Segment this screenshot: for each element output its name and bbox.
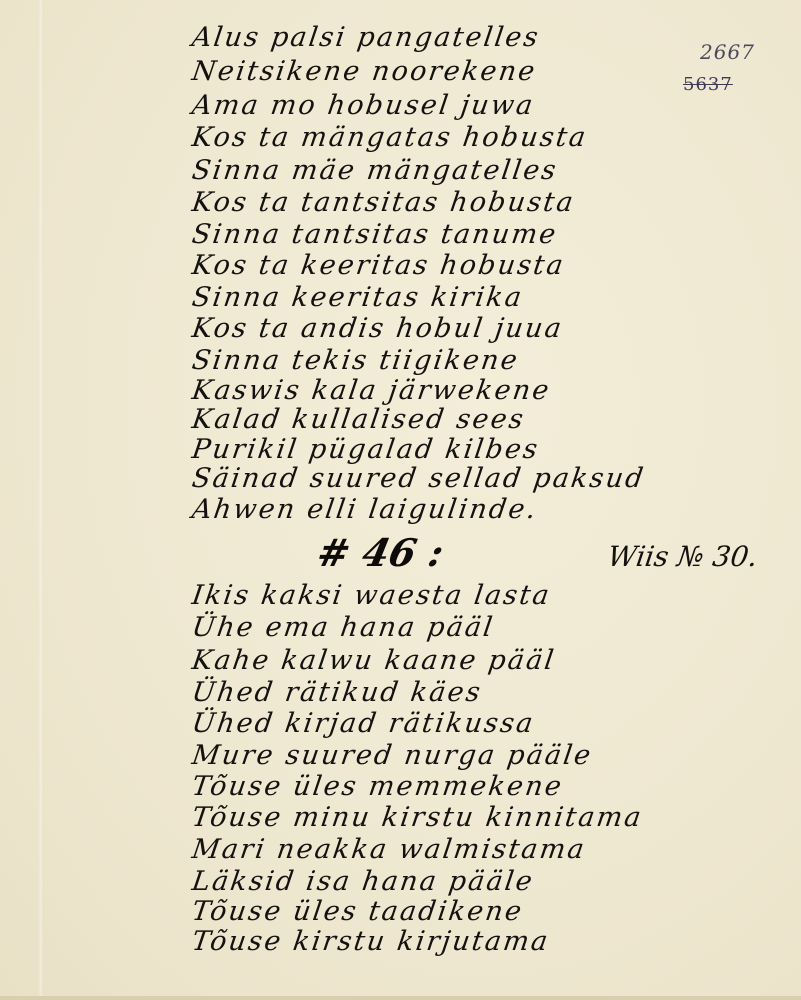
melody-reference: Wiis № 30. — [606, 540, 760, 573]
verse-line: Sinna tantsitas tanume — [190, 219, 560, 250]
paper-edge — [0, 996, 801, 1000]
paper-fold — [38, 0, 44, 1000]
verse-line: Kahe kalwu kaane pääl — [190, 645, 558, 676]
verse-line: Sinna keeritas kirika — [190, 282, 525, 313]
verse-line: Ühe ema hana pääl — [190, 612, 496, 643]
verse-line: Ühed kirjad rätikussa — [190, 708, 537, 739]
verse-line: Mari neakka walmistama — [190, 834, 588, 865]
verse-line: Läksid isa hana pääle — [190, 866, 536, 897]
verse-line: Säinad suured sellad paksud — [190, 463, 647, 494]
verse-line: Kos ta andis hobul juua — [190, 313, 565, 344]
verse-line: Kos ta tantsitas hobusta — [190, 187, 577, 218]
verse-line: Kos ta keeritas hobusta — [190, 250, 567, 281]
verse-line: Alus palsi pangatelles — [190, 22, 542, 53]
verse-line: Tõuse üles taadikene — [190, 896, 525, 927]
verse-line: Kos ta mängatas hobusta — [190, 122, 590, 153]
verse-line: Sinna tekis tiigikene — [190, 345, 521, 376]
verse-line: Ikis kaksi waesta lasta — [190, 580, 553, 611]
verse-line: Sinna mäe mängatelles — [190, 155, 560, 186]
verse-line: Tõuse kirstu kirjutama — [190, 926, 552, 957]
verse-line: Kalad kullalised sees — [190, 404, 527, 435]
verse-line: Tõuse üles memmekene — [190, 771, 565, 802]
verse-line: Tõuse minu kirstu kinnitama — [190, 802, 645, 833]
verse-line: Mure suured nurga pääle — [190, 740, 595, 771]
verse-line: Kaswis kala järwekene — [190, 375, 553, 406]
song-number-heading: # 46 : — [313, 530, 448, 575]
verse-line: Purikil pügalad kilbes — [190, 434, 541, 465]
verse-line: Neitsikene noorekene — [190, 56, 539, 87]
verse-line: Ahwen elli laigulinde. — [190, 494, 540, 525]
manuscript-page: 2667 5637 Alus palsi pangatelles Neitsik… — [0, 0, 801, 1000]
verse-line: Ühed rätikud käes — [190, 677, 484, 708]
archive-number-struck: 5637 — [683, 74, 733, 95]
verse-line: Ama mo hobusel juwa — [190, 90, 537, 121]
archive-number: 2667 — [700, 40, 755, 64]
